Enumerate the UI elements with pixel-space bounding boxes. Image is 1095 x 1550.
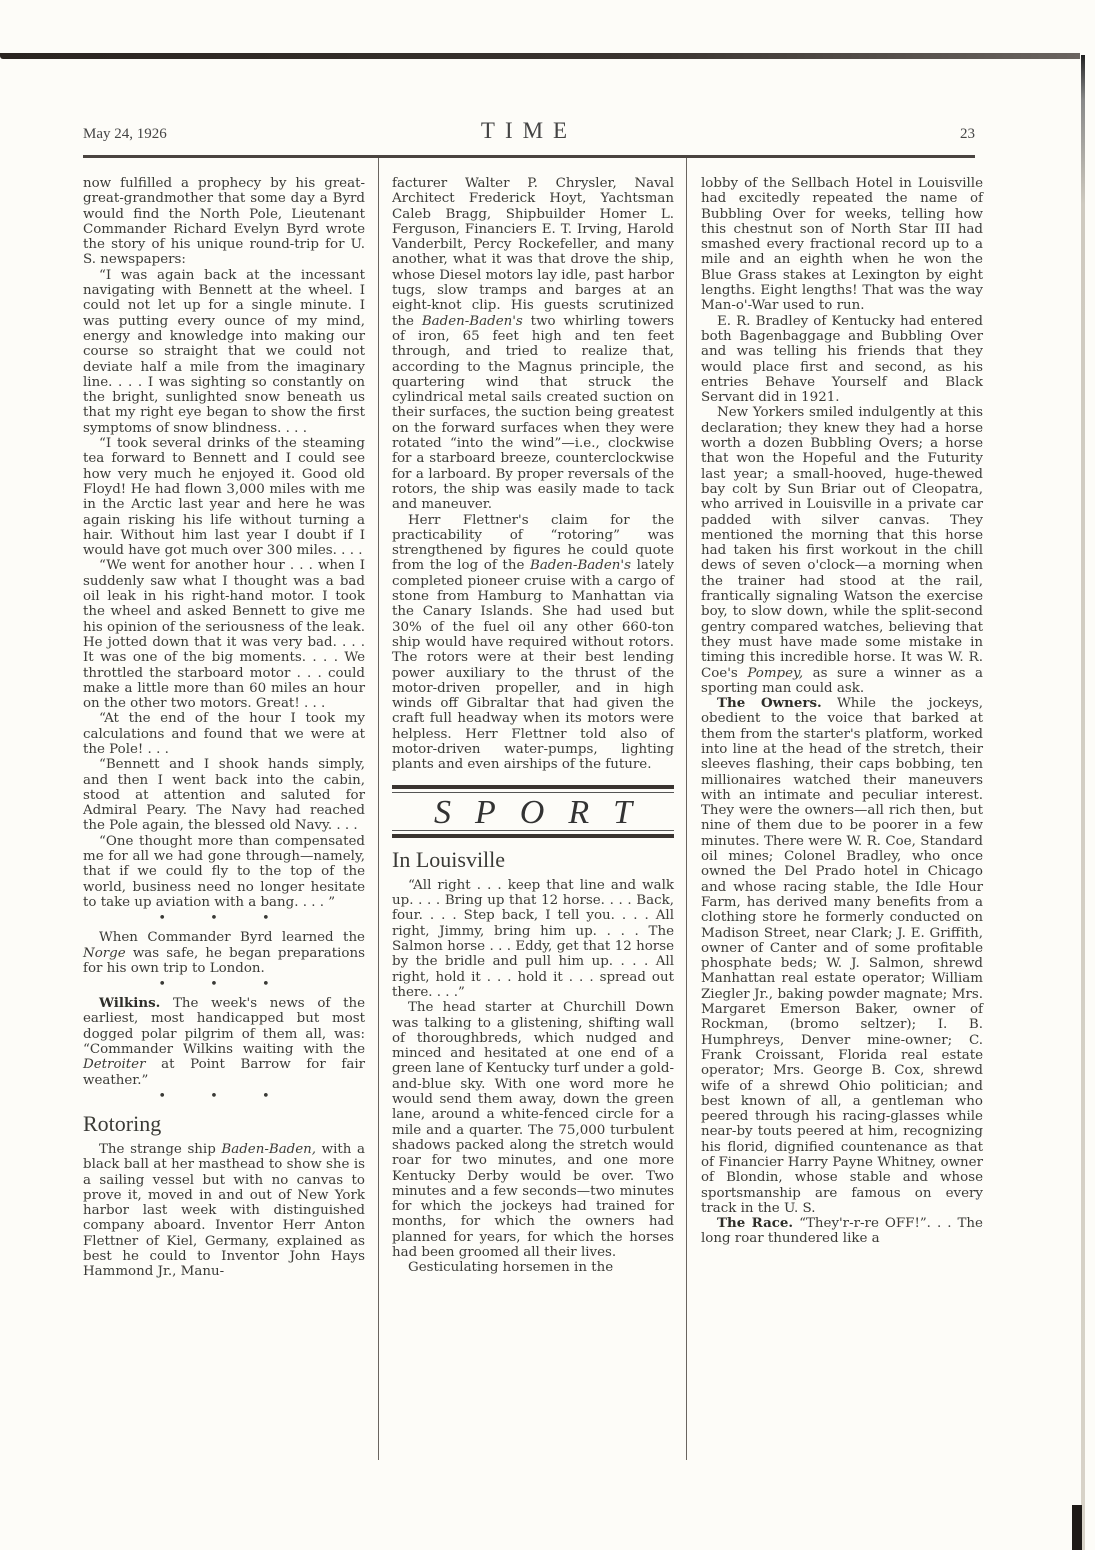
run-in-heading: The Owners.	[717, 695, 822, 711]
paragraph: Herr Flettner's claim for the practicabi…	[392, 513, 674, 773]
run-in-heading: The Race.	[717, 1215, 793, 1231]
article-heading: In Louisville	[392, 848, 674, 872]
section-separator: • • •	[83, 1092, 365, 1102]
paragraph: Wilkins. The week's news of the earliest…	[83, 996, 365, 1088]
binding-mark	[1072, 1505, 1082, 1550]
section-banner: SPORT	[392, 785, 674, 838]
paragraph: The Race. “They'r-r-re OFF!”. . . The lo…	[701, 1216, 983, 1247]
paragraph: “I took several drinks of the steaming t…	[83, 436, 365, 558]
section-separator: • • •	[83, 980, 365, 990]
banner-rule	[392, 834, 674, 838]
paragraph: The head starter at Churchill Down was t…	[392, 1000, 674, 1260]
paragraph: “I was again back at the incessant navig…	[83, 268, 365, 436]
paragraph: “At the end of the hour I took my calcul…	[83, 711, 365, 757]
masthead: TIME	[83, 118, 975, 144]
section-title: SPORT	[392, 793, 674, 830]
page-header: May 24, 1926 TIME 23	[83, 118, 975, 148]
paragraph: “One thought more than compensated me fo…	[83, 834, 365, 910]
paragraph: now fulfilled a prophecy by his great-gr…	[83, 176, 365, 268]
banner-rule	[392, 785, 674, 789]
page-number: 23	[960, 126, 975, 143]
article-heading: Rotoring	[83, 1112, 365, 1136]
column-1: now fulfilled a prophecy by his great-gr…	[83, 176, 365, 1280]
section-separator: • • •	[83, 914, 365, 924]
paragraph: The Owners. While the jockeys, obedient …	[701, 696, 983, 1216]
page-right-edge	[1081, 55, 1085, 1550]
header-rule	[83, 155, 975, 158]
paragraph: “Bennett and I shook hands simply, and t…	[83, 757, 365, 833]
paragraph: lobby of the Sellbach Hotel in Louisvill…	[701, 176, 983, 314]
paragraph: “We went for another hour . . . when I s…	[83, 558, 365, 711]
run-in-heading: Wilkins.	[99, 995, 160, 1011]
paragraph: facturer Walter P. Chrysler, Naval Archi…	[392, 176, 674, 513]
column-2: facturer Walter P. Chrysler, Naval Archi…	[392, 176, 674, 1276]
paragraph: New Yorkers smiled indulgently at this d…	[701, 405, 983, 696]
paragraph: Gesticulating horsemen in the	[392, 1260, 674, 1275]
column-divider	[378, 158, 379, 1460]
paragraph: E. R. Bradley of Kentucky had entered bo…	[701, 314, 983, 406]
paragraph: “All right . . . keep that line and walk…	[392, 878, 674, 1000]
column-divider	[686, 158, 687, 1460]
column-3: lobby of the Sellbach Hotel in Louisvill…	[701, 176, 983, 1247]
page-top-border	[0, 53, 1080, 59]
paragraph: When Commander Byrd learned the Norge wa…	[83, 930, 365, 976]
paragraph: The strange ship Baden-Baden, with a bla…	[83, 1142, 365, 1280]
